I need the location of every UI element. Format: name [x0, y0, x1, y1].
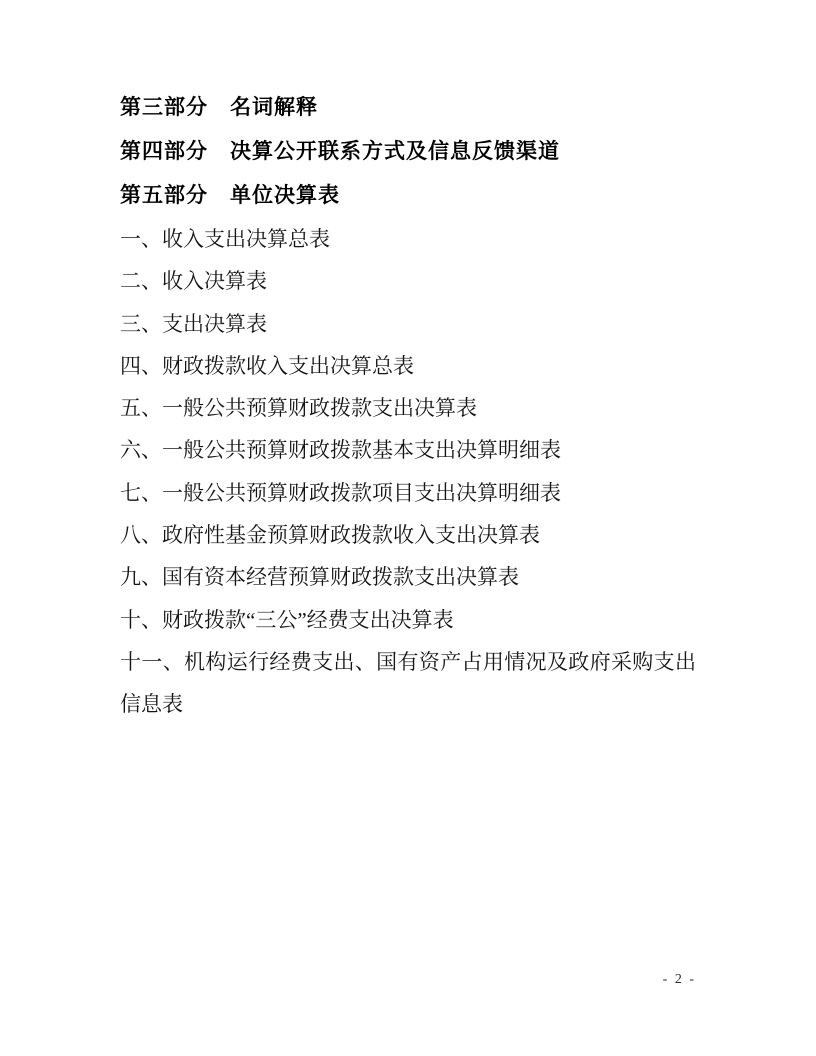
toc-item-3: 三、支出决算表: [120, 303, 696, 345]
document-page: 第三部分 名词解释 第四部分 决算公开联系方式及信息反馈渠道 第五部分 单位决算…: [0, 0, 816, 1056]
section-heading-part3: 第三部分 名词解释: [120, 86, 696, 130]
toc-item-10: 十、财政拨款“三公”经费支出决算表: [120, 599, 696, 641]
toc-item-9: 九、国有资本经营预算财政拨款支出决算表: [120, 556, 696, 598]
toc-item-4: 四、财政拨款收入支出决算总表: [120, 345, 696, 387]
toc-item-6: 六、一般公共预算财政拨款基本支出决算明细表: [120, 429, 696, 471]
toc-item-8: 八、政府性基金预算财政拨款收入支出决算表: [120, 514, 696, 556]
table-of-contents: 第三部分 名词解释 第四部分 决算公开联系方式及信息反馈渠道 第五部分 单位决算…: [120, 86, 696, 726]
page-number: - 2 -: [120, 970, 696, 990]
toc-item-11-line2: 信息表: [120, 683, 696, 725]
toc-item-2: 二、收入决算表: [120, 260, 696, 302]
toc-item-11-line1: 十一、机构运行经费支出、国有资产占用情况及政府采购支出: [120, 641, 696, 683]
toc-item-7: 七、一般公共预算财政拨款项目支出决算明细表: [120, 472, 696, 514]
section-heading-part5: 第五部分 单位决算表: [120, 174, 696, 218]
toc-item-5: 五、一般公共预算财政拨款支出决算表: [120, 387, 696, 429]
section-heading-part4: 第四部分 决算公开联系方式及信息反馈渠道: [120, 130, 696, 174]
toc-item-1: 一、收入支出决算总表: [120, 218, 696, 260]
